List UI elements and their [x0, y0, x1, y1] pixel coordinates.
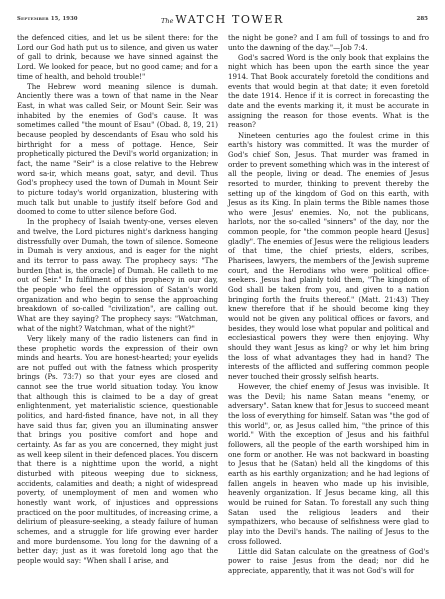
left-column: the defenced cities, and let us be silen… — [17, 33, 218, 566]
paragraph: Very likely many of the radio listeners … — [17, 334, 218, 566]
title-text: WATCH TOWER — [175, 13, 284, 26]
paragraph: The Hebrew word meaning silence is dumah… — [17, 82, 218, 217]
paragraph: Little did Satan calculate on the greatn… — [228, 547, 429, 576]
paragraph: the night be gone? and I am full of toss… — [228, 33, 429, 52]
paragraph: God's sacred Word is the only book that … — [228, 53, 429, 130]
right-column: the night be gone? and I am full of toss… — [228, 33, 429, 576]
paragraph: However, the chief enemy of Jesus was in… — [228, 382, 429, 546]
page-number: 285 — [417, 16, 428, 22]
paragraph: In the prophecy of Isaiah twenty-one, ve… — [17, 217, 218, 333]
paragraph: the defenced cities, and let us be silen… — [17, 33, 218, 81]
page-header: September 15, 1930 TheWATCH TOWER 285 — [17, 13, 428, 29]
title-prefix: The — [161, 17, 173, 25]
magazine-title: TheWATCH TOWER — [17, 13, 428, 26]
paragraph: Nineteen centuries ago the foulest crime… — [228, 131, 429, 382]
